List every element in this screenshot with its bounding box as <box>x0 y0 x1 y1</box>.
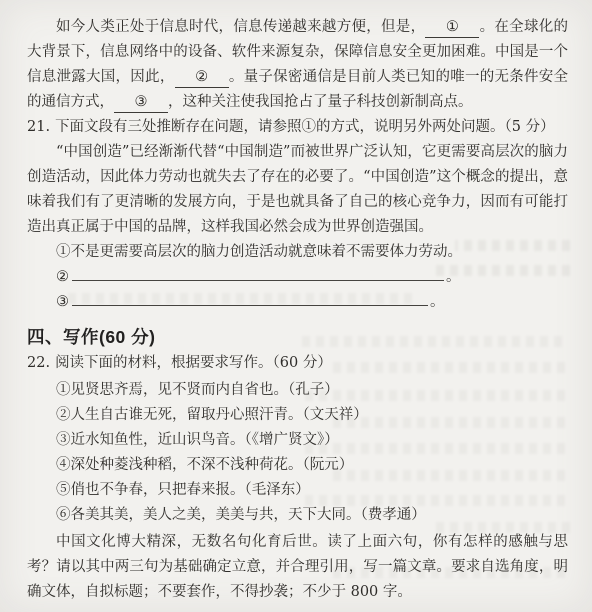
quote-text: 俏也不争春，只把春来报。（毛泽东） <box>71 482 310 498</box>
quote-text: 各美其美，美人之美，美美与共，天下大同。（费孝通） <box>71 507 426 523</box>
quote-text: 深处种菱浅种稻，不深不浅种荷花。（阮元） <box>71 457 354 473</box>
circled-number-2: ② <box>56 269 69 285</box>
quote-label: ① <box>56 382 71 398</box>
section-heading-writing: 四、写作(60 分) <box>27 325 568 349</box>
quote-item-1: ①见贤思齐焉，见不贤而内自省也。（孔子） <box>27 378 568 403</box>
answer-underline <box>72 267 444 281</box>
circled-number-1: ① <box>446 19 459 35</box>
numbered-blank-2: ② <box>175 67 229 88</box>
circled-number-3: ③ <box>135 94 148 110</box>
answer-blank-line-3: ③。 <box>27 290 568 315</box>
circled-number-3: ③ <box>56 294 69 310</box>
numbered-blank-1: ① <box>425 17 479 38</box>
quote-text: 近水知鱼性，近山识鸟音。（《增广贤文》） <box>71 432 339 448</box>
quote-label: ③ <box>56 432 71 448</box>
circled-number-2: ② <box>195 69 208 85</box>
question-21-passage: “中国创造”已经渐渐代替“中国制造”而被世界广泛认知，它更需要高层次的脑力创造活… <box>27 140 568 240</box>
quote-label: ④ <box>56 457 71 473</box>
quote-item-4: ④深处种菱浅种稻，不深不浅种荷花。（阮元） <box>27 453 568 478</box>
completion-passage: 如今人类正处于信息时代，信息传递越来越方便，但是，①。在全球化的大背景下，信息网… <box>27 15 568 115</box>
quote-text: 见贤思齐焉，见不贤而内自省也。（孔子） <box>71 382 339 398</box>
quote-item-3: ③近水知鱼性，近山识鸟音。（《增广贤文》） <box>27 428 568 453</box>
passage-segment: 如今人类正处于信息时代，信息传递越来越方便，但是， <box>56 19 425 35</box>
line-end-period: 。 <box>430 294 445 310</box>
exam-content: 如今人类正处于信息时代，信息传递越来越方便，但是，①。在全球化的大背景下，信息网… <box>27 15 568 605</box>
quote-text: 人生自古谁无死，留取丹心照汗青。（文天祥） <box>71 407 368 423</box>
answer-blank-line-2: ②。 <box>27 265 568 290</box>
quote-list: ①见贤思齐焉，见不贤而内自省也。（孔子） ②人生自古谁无死，留取丹心照汗青。（文… <box>27 378 568 528</box>
exam-paper-page: 如今人类正处于信息时代，信息传递越来越方便，但是，①。在全球化的大背景下，信息网… <box>0 0 592 612</box>
quote-item-5: ⑤俏也不争春，只把春来报。（毛泽东） <box>27 478 568 503</box>
question-21-example-answer: ①不是更需要高层次的脑力创造活动就意味着不需要体力劳动。 <box>27 240 568 265</box>
quote-label: ⑥ <box>56 507 71 523</box>
question-22-number: 22. <box>27 355 50 371</box>
passage-segment: ，这种关注使我国抢占了量子科技创新制高点。 <box>168 94 473 110</box>
line-end-period: 。 <box>446 269 461 285</box>
quote-label: ⑤ <box>56 482 71 498</box>
question-21-number: 21. <box>27 119 50 135</box>
question-21-text: 下面文段有三处推断存在问题，请参照①的方式，说明另外两处问题。（5 分） <box>55 119 555 135</box>
quote-item-2: ②人生自古谁无死，留取丹心照汗青。（文天祥） <box>27 403 568 428</box>
question-22-closing-paragraph: 中国文化博大精深，无数名句化育后世。读了上面六句，你有怎样的感触与思考？请以其中… <box>27 530 568 605</box>
question-22-text: 阅读下面的材料，根据要求写作。（60 分） <box>55 355 332 371</box>
question-22-prompt: 22.阅读下面的材料，根据要求写作。（60 分） <box>27 351 568 376</box>
quote-label: ② <box>56 407 71 423</box>
numbered-blank-3: ③ <box>114 92 168 113</box>
quote-item-6: ⑥各美其美，美人之美，美美与共，天下大同。（费孝通） <box>27 503 568 528</box>
answer-underline <box>72 292 428 306</box>
question-21-prompt: 21.下面文段有三处推断存在问题，请参照①的方式，说明另外两处问题。（5 分） <box>27 115 568 140</box>
